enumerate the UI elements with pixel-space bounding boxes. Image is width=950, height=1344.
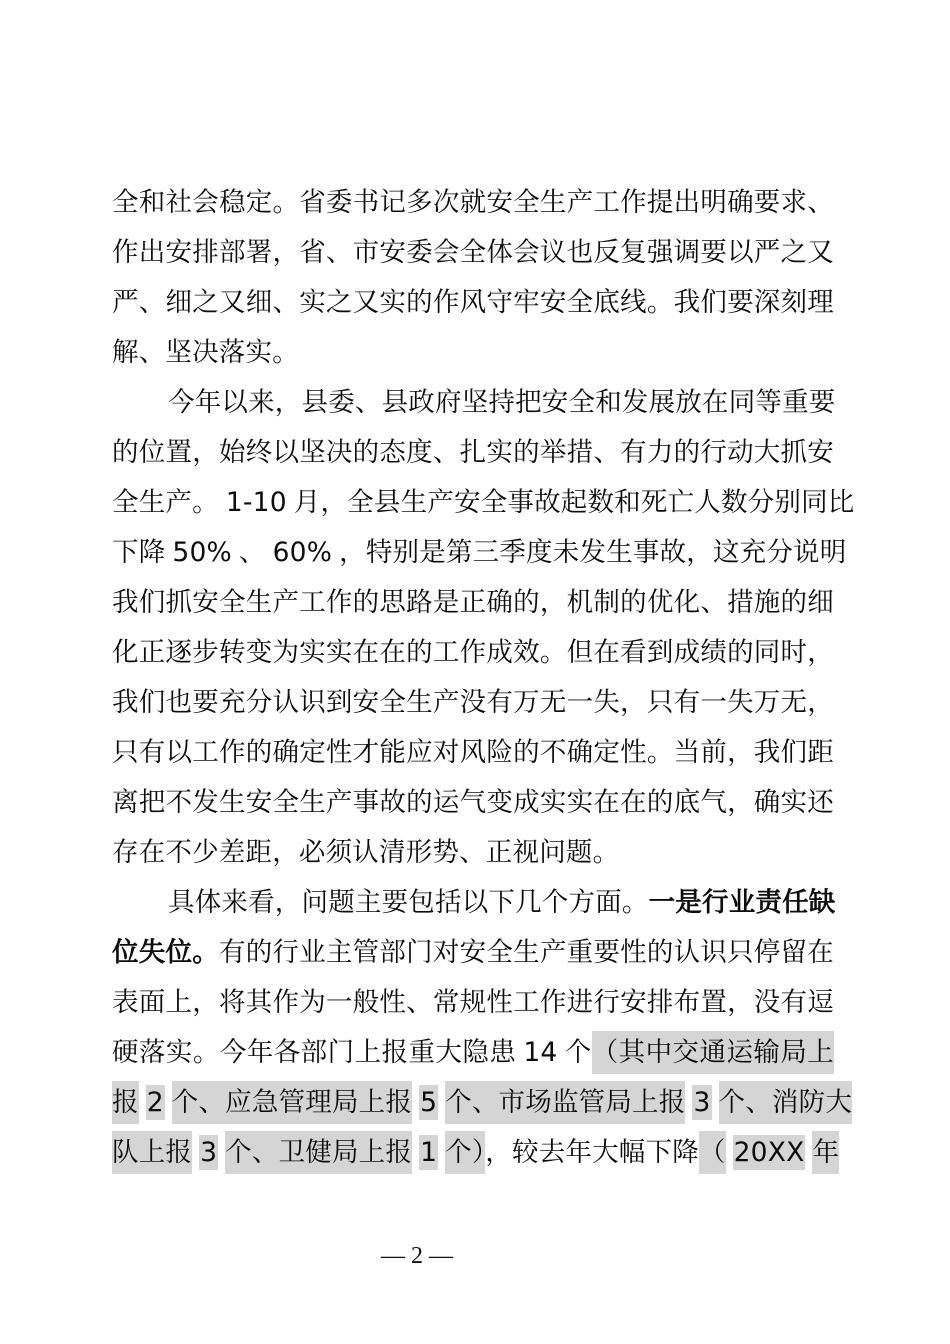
text-run: 化正逐步转变为实实在在的工作成效。但在看到成绩的同时， [112, 637, 834, 668]
text-line: 今年以来，县委、县政府坚持把安全和发展放在同等重要 [112, 378, 834, 428]
text-run: ，较去年大幅下降 [485, 1137, 699, 1168]
text-run: 具体来看，问题主要包括以下几个方面。 [168, 887, 649, 918]
text-line: 全生产。1-10月，全县生产安全事故起数和死亡人数分别同比 [112, 478, 834, 528]
text-line: 我们也要充分认识到安全生产没有万无一失，只有一失万无， [112, 678, 834, 728]
text-run: 下降 [112, 537, 165, 568]
text-line: 全和社会稳定。省委书记多次就安全生产工作提出明确要求、 [112, 178, 834, 228]
text-line: 化正逐步转变为实实在在的工作成效。但在看到成绩的同时， [112, 628, 834, 678]
highlighted-text-run: 5 [419, 1085, 438, 1120]
text-run: 有的行业主管部门对安全生产重要性的认识只停留在 [219, 937, 834, 968]
text-line: 离把不发生安全生产事故的运气变成实实在在的底气，确实还 [112, 778, 834, 828]
text-run: 60% [273, 537, 333, 568]
text-run: 离把不发生安全生产事故的运气变成实实在在的底气，确实还 [112, 787, 834, 818]
text-line: 存在不少差距，必须认清形势、正视问题。 [112, 828, 834, 878]
bold-text-run: 位失位。 [112, 937, 219, 968]
text-run: 月，全县生产安全事故起数和死亡人数分别同比 [294, 487, 855, 518]
text-line: 位失位。有的行业主管部门对安全生产重要性的认识只停留在 [112, 928, 834, 978]
document-body: 全和社会稳定。省委书记多次就安全生产工作提出明确要求、作出安排部署，省、市安委会… [112, 178, 834, 1178]
document-page: 全和社会稳定。省委书记多次就安全生产工作提出明确要求、作出安排部署，省、市安委会… [0, 0, 950, 1344]
text-run: 存在不少差距，必须认清形势、正视问题。 [112, 837, 619, 868]
text-run: 只有以工作的确定性才能应对风险的不确定性。当前，我们距 [112, 737, 834, 768]
text-run: 今年以来，县委、县政府坚持把安全和发展放在同等重要 [168, 387, 836, 418]
highlighted-text-run: 个、消防大 [719, 1081, 853, 1124]
highlighted-text-run: （其中交通运输局上 [592, 1031, 834, 1074]
highlighted-text-run: 20XX [733, 1135, 806, 1170]
text-run: 我们抓安全生产工作的思路是正确的，机制的优化、措施的细 [112, 587, 834, 618]
highlighted-text-run: 年 [812, 1131, 839, 1174]
text-run: 14 [523, 1037, 557, 1068]
highlighted-text-run: 1 [419, 1135, 438, 1170]
text-line: 只有以工作的确定性才能应对风险的不确定性。当前，我们距 [112, 728, 834, 778]
text-line: 我们抓安全生产工作的思路是正确的，机制的优化、措施的细 [112, 578, 834, 628]
text-line: 严、细之又细、实之又实的作风守牢安全底线。我们要深刻理 [112, 278, 834, 328]
text-run: 全生产。 [112, 487, 219, 518]
text-run: 的位置，始终以坚决的态度、扎实的举措、有力的行动大抓安 [112, 437, 834, 468]
highlighted-text-run: 队上报 [112, 1131, 192, 1174]
text-run: 50% [172, 537, 232, 568]
text-run: 个 [564, 1037, 591, 1068]
highlighted-text-run: 3 [199, 1135, 218, 1170]
highlighted-text-run: 报 [112, 1081, 139, 1124]
text-line: 硬落实。今年各部门上报重大隐患14个（其中交通运输局上 [112, 1028, 834, 1078]
text-line: 作出安排部署，省、市安委会全体会议也反复强调要以严之又 [112, 228, 834, 278]
highlighted-text-run: 个、市场监管局上报 [445, 1081, 685, 1124]
highlighted-text-run: 2 [146, 1085, 165, 1120]
text-line: 具体来看，问题主要包括以下几个方面。一是行业责任缺 [112, 878, 834, 928]
text-run: 我们也要充分认识到安全生产没有万无一失，只有一失万无， [112, 687, 834, 718]
text-line: 报2个、应急管理局上报5个、市场监管局上报3个、消防大 [112, 1078, 834, 1128]
text-run: 、 [239, 537, 266, 568]
text-line: 下降50%、60%，特别是第三季度未发生事故，这充分说明 [112, 528, 834, 578]
text-line: 的位置，始终以坚决的态度、扎实的举措、有力的行动大抓安 [112, 428, 834, 478]
highlighted-text-run: （ [699, 1131, 726, 1174]
text-run: 表面上，将其作为一般性、常规性工作进行安排布置，没有逗 [112, 987, 834, 1018]
text-line: 队上报3个、卫健局上报1个），较去年大幅下降（20XX年 [112, 1128, 834, 1178]
text-run: 1-10 [226, 487, 287, 518]
highlighted-text-run: 3 [692, 1085, 711, 1120]
bold-text-run: 一是行业责任缺 [649, 887, 836, 918]
highlighted-text-run: 个、应急管理局上报 [172, 1081, 412, 1124]
highlighted-text-run: 个） [445, 1131, 485, 1174]
text-run: 作出安排部署，省、市安委会全体会议也反复强调要以严之又 [112, 237, 834, 268]
text-run: 全和社会稳定。省委书记多次就安全生产工作提出明确要求、 [112, 187, 834, 218]
text-run: 解、坚决落实。 [112, 337, 299, 368]
text-run: 严、细之又细、实之又实的作风守牢安全底线。我们要深刻理 [112, 287, 834, 318]
text-run: 硬落实。今年各部门上报重大隐患 [112, 1037, 516, 1068]
text-line: 表面上，将其作为一般性、常规性工作进行安排布置，没有逗 [112, 978, 834, 1028]
highlighted-text-run: 个、卫健局上报 [225, 1131, 412, 1174]
text-run: ，特别是第三季度未发生事故，这充分说明 [339, 537, 846, 568]
text-line: 解、坚决落实。 [112, 328, 834, 378]
page-number: — 2 — [352, 1241, 482, 1271]
